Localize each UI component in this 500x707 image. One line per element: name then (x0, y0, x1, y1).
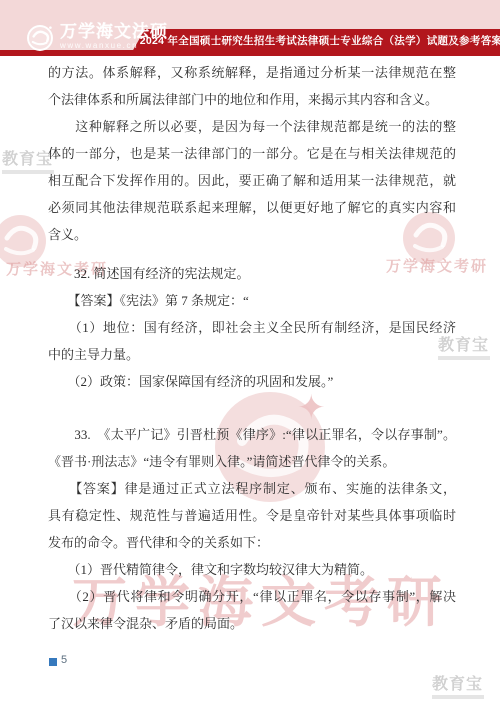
text-line: 【答案】《宪法》第 7 条规定：“ (48, 287, 456, 314)
page-header: 2024 年全国硕士研究生招生考试法律硕士专业综合（法学）试题及参考答案 万学海… (0, 0, 500, 56)
paragraph: 32. 简述国有经济的宪法规定。 (48, 260, 456, 287)
text-line: 具有稳定性、规范性与普遍适用性。令是皇帝针对某些具体事项临时 (48, 502, 456, 529)
text-line: （1）晋代精简律令，律文和字数均较汉律大为精简。 (48, 556, 456, 583)
text-line: 含义。 (48, 221, 456, 248)
paragraph: 33. 《太平广记》引晋杜预《律序》:“律以正罪名，令以存事制”。《晋书·刑法志… (48, 421, 456, 475)
text-line: 发布的命令。晋代律和令的关系如下： (48, 529, 456, 556)
brand-url: www.wanxue.cn (60, 41, 168, 51)
paragraph: （2）政策：国家保障国有经济的巩固和发展。” (48, 368, 456, 395)
paragraph: 【答案】律是通过正式立法程序制定、颁布、实施的法律条文，具有稳定性、规范性与普遍… (48, 475, 456, 556)
paragraph: （1）地位：国有经济，即社会主义全民所有制经济，是国民经济中的主导力量。 (48, 314, 456, 368)
document-body: 的方法。体系解释，又称系统解释，是指通过分析某一法律规范在整个法律体系和所属法律… (48, 59, 456, 637)
text-line: 32. 简述国有经济的宪法规定。 (48, 260, 456, 287)
text-line: 【答案】律是通过正式立法程序制定、颁布、实施的法律条文， (48, 475, 456, 502)
paragraph: 的方法。体系解释，又称系统解释，是指通过分析某一法律规范在整个法律体系和所属法律… (48, 59, 456, 113)
brand-logo: 万学海文法硕 www.wanxue.cn (24, 22, 168, 54)
text-line: 相互配合下发挥作用的。因此，要正确了解和适用某一法律规范，就 (48, 167, 456, 194)
paragraph: 【答案】《宪法》第 7 条规定：“ (48, 287, 456, 314)
document-title: 2024 年全国硕士研究生招生考试法律硕士专业综合（法学）试题及参考答案 (130, 33, 500, 48)
paragraph: （2）晋代将律和令明确分开，“律以正罪名，令以存事制”，解决了汉以来律令混杂、矛… (48, 583, 456, 637)
page-number: 5 (61, 654, 67, 666)
text-line: 中的主导力量。 (48, 341, 456, 368)
text-line: 这种解释之所以必要，是因为每一个法律规范都是统一的法的整 (48, 113, 456, 140)
text-line: （2）晋代将律和令明确分开，“律以正罪名，令以存事制”，解决 (48, 583, 456, 610)
paragraph: 这种解释之所以必要，是因为每一个法律规范都是统一的法的整体的一部分，也是某一法律… (48, 113, 456, 248)
text-line: 体的一部分，也是某一法律部门的一部分。它是在与相关法律规范的 (48, 140, 456, 167)
logo-watermark-icon (0, 213, 48, 269)
wave-logo-icon (24, 22, 56, 54)
text-line: （2）政策：国家保障国有经济的巩固和发展。” (48, 368, 456, 395)
stamp-watermark-text: 教育宝 (432, 671, 492, 694)
page-marker-square (49, 658, 57, 666)
text-line: 了汉以来律令混杂、矛盾的局面。 (48, 610, 456, 637)
text-line: 的方法。体系解释，又称系统解释，是指通过分析某一法律规范在整 (48, 59, 456, 86)
text-line: （1）地位：国有经济，即社会主义全民所有制经济，是国民经济 (48, 314, 456, 341)
brand-text-block: 万学海文法硕 www.wanxue.cn (60, 22, 168, 51)
text-line: 个法律体系和所属法律部门中的地位和作用，来揭示其内容和含义。 (48, 86, 456, 113)
stamp-watermark: 教育宝 (432, 671, 492, 699)
paragraph: （1）晋代精简律令，律文和字数均较汉律大为精简。 (48, 556, 456, 583)
text-line: 《晋书·刑法志》“违令有罪则入律。”请简述晋代律令的关系。 (48, 448, 456, 475)
text-line: 必须同其他法律规范联系起来理解，以便更好地了解它的真实内容和 (48, 194, 456, 221)
stamp-watermark-subline (432, 695, 484, 699)
stamp-watermark-subline (2, 170, 54, 174)
document-page: 2024 年全国硕士研究生招生考试法律硕士专业综合（法学）试题及参考答案 万学海… (0, 0, 500, 707)
page-footer: 5 (49, 654, 67, 666)
title-banner: 2024 年全国硕士研究生招生考试法律硕士专业综合（法学）试题及参考答案 (132, 29, 500, 52)
brand-name: 万学海文法硕 (60, 22, 168, 41)
text-line: 33. 《太平广记》引晋杜预《律序》:“律以正罪名，令以存事制”。 (48, 421, 456, 448)
